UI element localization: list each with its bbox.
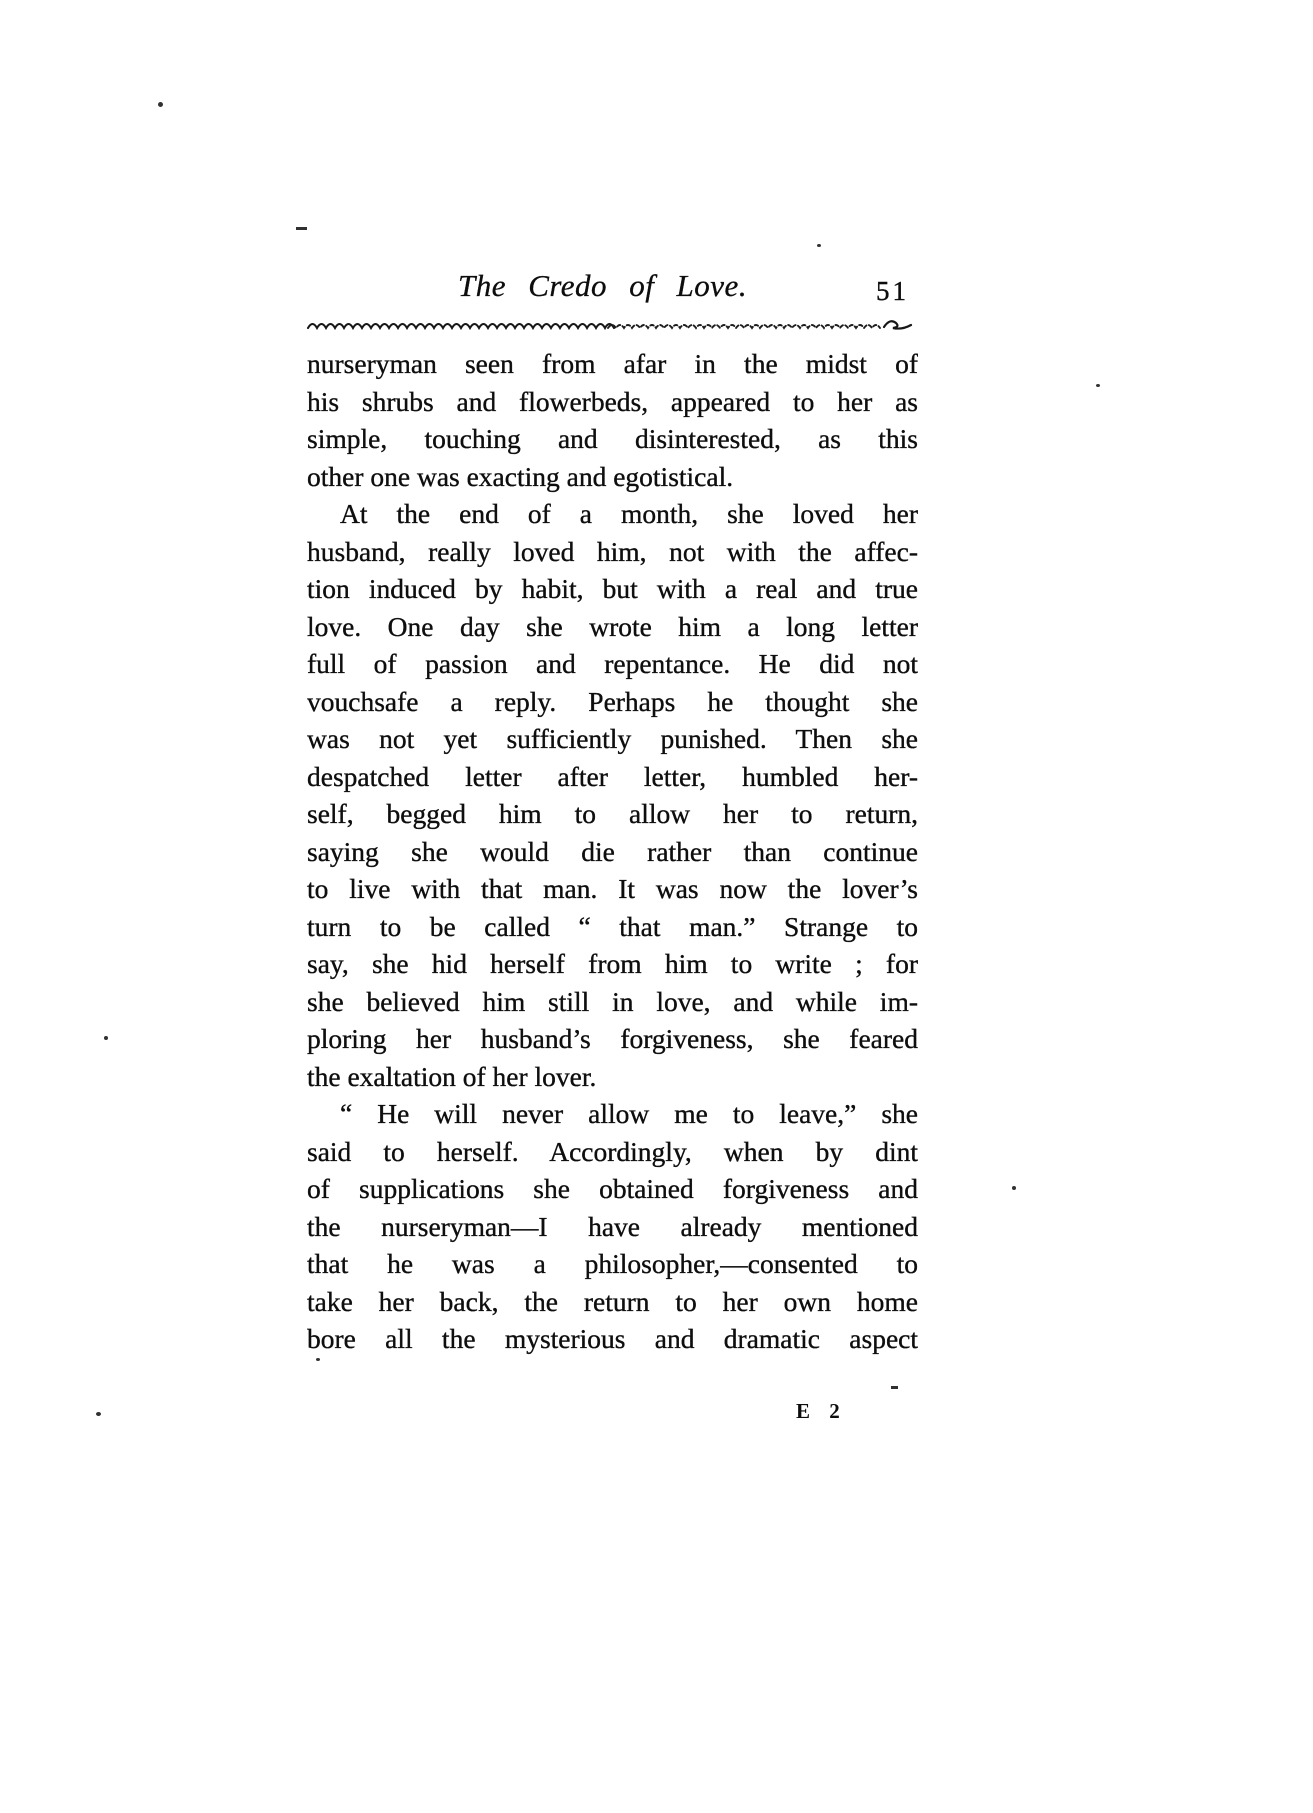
signature-mark: E 2 bbox=[796, 1399, 847, 1424]
divider-squiggle-icon bbox=[306, 318, 918, 334]
scan-speck bbox=[96, 1412, 101, 1416]
text-line: was not yet sufficiently punished. Then … bbox=[307, 720, 918, 758]
text-line: ploring her husband’s forgiveness, she f… bbox=[307, 1020, 918, 1058]
running-header-title: The Credo of Love. bbox=[458, 268, 747, 304]
text-line: saying she would die rather than continu… bbox=[307, 833, 918, 871]
text-line: nurseryman seen from afar in the midst o… bbox=[307, 345, 918, 383]
scan-speck bbox=[817, 244, 821, 247]
scan-speck bbox=[158, 102, 163, 107]
text-line: full of passion and repentance. He did n… bbox=[307, 645, 918, 683]
scan-speck bbox=[891, 1386, 898, 1389]
text-line: turn to be called “ that man.” Strange t… bbox=[307, 908, 918, 946]
text-line: simple, touching and disinterested, as t… bbox=[307, 420, 918, 458]
body-text: nurseryman seen from afar in the midst o… bbox=[307, 345, 918, 1358]
text-line: to live with that man. It was now the lo… bbox=[307, 870, 918, 908]
text-line: At the end of a month, she loved her bbox=[307, 495, 918, 533]
text-line: say, she hid herself from him to write ;… bbox=[307, 945, 918, 983]
text-line: his shrubs and flowerbeds, appeared to h… bbox=[307, 383, 918, 421]
text-line: vouchsafe a reply. Perhaps he thought sh… bbox=[307, 683, 918, 721]
scan-speck bbox=[104, 1036, 108, 1040]
text-line: tion induced by habit, but with a real a… bbox=[307, 570, 918, 608]
text-line: bore all the mysterious and dramatic asp… bbox=[307, 1320, 918, 1358]
page-number: 51 bbox=[876, 276, 909, 306]
scan-speck bbox=[316, 1358, 320, 1361]
text-line: other one was exacting and egotistical. bbox=[307, 458, 918, 496]
scan-speck bbox=[1096, 384, 1100, 387]
text-line: the exaltation of her lover. bbox=[307, 1058, 918, 1096]
scan-speck bbox=[1012, 1186, 1016, 1190]
text-line: “ He will never allow me to leave,” she bbox=[307, 1095, 918, 1133]
text-line: take her back, the return to her own hom… bbox=[307, 1283, 918, 1321]
text-line: love. One day she wrote him a long lette… bbox=[307, 608, 918, 646]
text-line: the nurseryman—I have already mentioned bbox=[307, 1208, 918, 1246]
book-page: The Credo of Love. 51 nurseryman seen fr… bbox=[0, 0, 1313, 1813]
text-line: self, begged him to allow her to return, bbox=[307, 795, 918, 833]
text-line: despatched letter after letter, humbled … bbox=[307, 758, 918, 796]
text-line: said to herself. Accordingly, when by di… bbox=[307, 1133, 918, 1171]
text-line: husband, really loved him, not with the … bbox=[307, 533, 918, 571]
scan-speck bbox=[296, 227, 307, 230]
text-line: she believed him still in love, and whil… bbox=[307, 983, 918, 1021]
text-line: that he was a philosopher,—consented to bbox=[307, 1245, 918, 1283]
text-line: of supplications she obtained forgivenes… bbox=[307, 1170, 918, 1208]
